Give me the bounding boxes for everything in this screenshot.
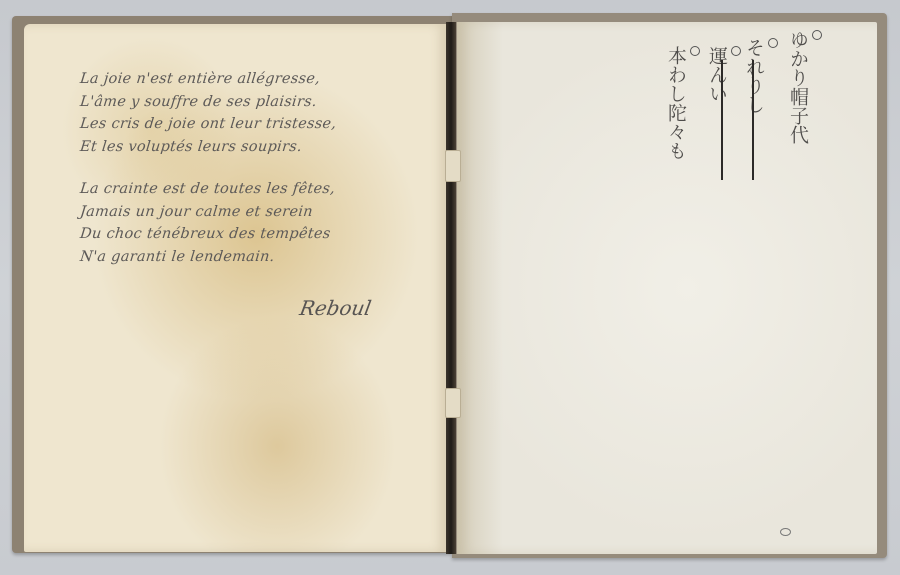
japanese-note-text: 本わし陀々も	[665, 46, 687, 160]
circle-marker-icon	[812, 30, 822, 40]
japanese-note-column: それりし	[740, 38, 778, 114]
corner-circle-mark-icon	[780, 528, 791, 536]
poem-line: La joie n'est entière allégresse,	[79, 68, 441, 91]
circle-marker-icon	[768, 38, 778, 48]
spine-gutter	[446, 22, 456, 554]
strikethrough-line	[752, 60, 754, 180]
japanese-note-text: ゆかり帽子代	[787, 30, 809, 144]
poem-line: L'âme y souffre de ses plaisirs.	[79, 91, 441, 114]
strikethrough-line	[721, 60, 723, 180]
poem-stanza: La joie n'est entière allégresse, L'âme …	[80, 68, 440, 158]
japanese-note-text: それりし	[743, 38, 765, 114]
poem-line: Jamais un jour calme et serein	[79, 201, 441, 224]
japanese-note-text: 運んい	[706, 46, 728, 103]
poem-signature: Reboul	[298, 296, 373, 320]
japanese-note-column: 本わし陀々も	[662, 46, 700, 160]
japanese-note-column: ゆかり帽子代	[784, 30, 822, 144]
gutter-shadow	[457, 22, 503, 554]
poem-line: Les cris de joie ont leur tristesse,	[79, 113, 441, 136]
poem-line: N'a garanti le lendemain.	[79, 246, 441, 269]
binding-stitch	[445, 388, 461, 418]
handwritten-poem: La joie n'est entière allégresse, L'âme …	[80, 68, 440, 288]
poem-line: La crainte est de toutes les fêtes,	[79, 178, 441, 201]
circle-marker-icon	[731, 46, 741, 56]
poem-stanza: La crainte est de toutes les fêtes, Jama…	[80, 178, 440, 268]
binding-stitch	[445, 150, 461, 182]
circle-marker-icon	[690, 46, 700, 56]
poem-line: Et les voluptés leurs soupirs.	[79, 136, 441, 159]
poem-line: Du choc ténébreux des tempêtes	[79, 223, 441, 246]
